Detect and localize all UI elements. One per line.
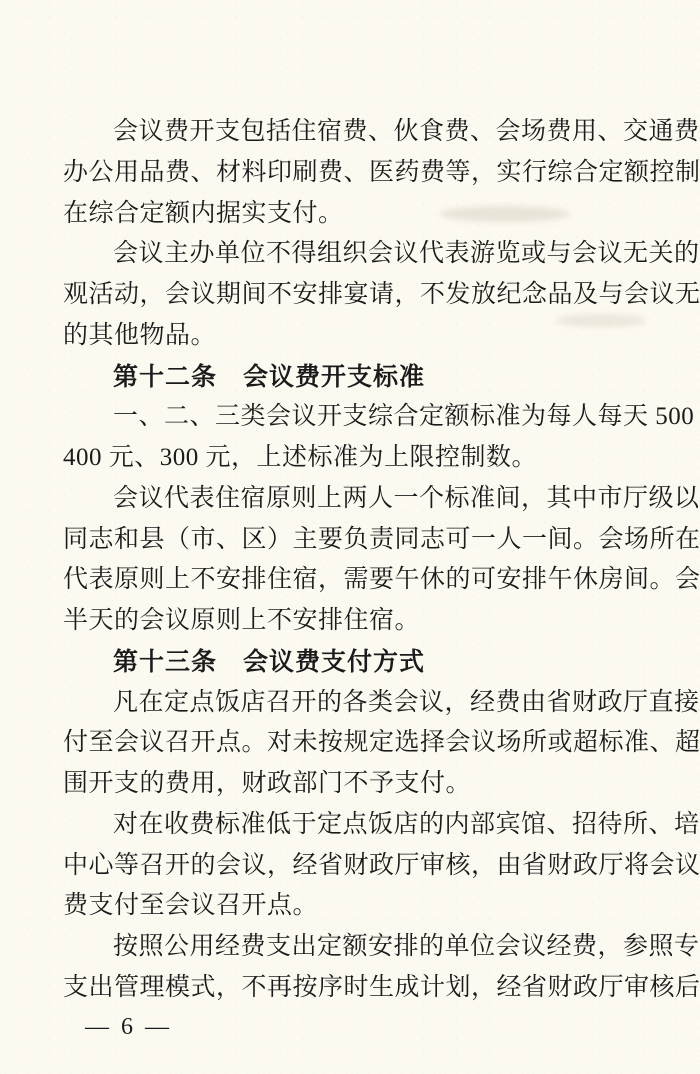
text-line: 办公用品费、材料印刷费、医药费等，实行综合定额控制， bbox=[63, 153, 681, 194]
text-line: 按照公用经费支出定额安排的单位会议经费，参照专项 bbox=[63, 927, 681, 968]
text-line: 代表原则上不安排住宿，需要午休的可安排午休房间。会期 bbox=[63, 560, 681, 601]
text-line: 付至会议召开点。对未按规定选择会议场所或超标准、超范 bbox=[63, 723, 681, 764]
text-line: 在综合定额内据实支付。 bbox=[63, 194, 681, 235]
text-line: 半天的会议原则上不安排住宿。 bbox=[63, 601, 681, 642]
text-line: 会议费开支包括住宿费、伙食费、会场费用、交通费、 bbox=[63, 112, 681, 153]
section-heading-line: 第十二条 会议费开支标准 bbox=[63, 357, 681, 398]
text-line: 观活动，会议期间不安排宴请，不发放纪念品及与会议无关 bbox=[63, 275, 681, 316]
text-line: 费支付至会议召开点。 bbox=[63, 886, 681, 927]
page-number: — 6 — bbox=[85, 1007, 172, 1047]
text-line: 同志和县（市、区）主要负责同志可一人一间。会场所在地 bbox=[63, 520, 681, 561]
text-line: 会议主办单位不得组织会议代表游览或与会议无关的参 bbox=[63, 234, 681, 275]
section-heading-line: 第十三条 会议费支付方式 bbox=[63, 642, 681, 683]
text-line: 400 元、300 元，上述标准为上限控制数。 bbox=[63, 438, 681, 479]
text-line: 一、二、三类会议开支综合定额标准为每人每天 500 元、 bbox=[63, 397, 681, 438]
text-line: 支出管理模式，不再按序时生成计划，经省财政厅审核后拨 bbox=[63, 968, 681, 1009]
text-line: 会议代表住宿原则上两人一个标准间，其中市厅级以上 bbox=[63, 479, 681, 520]
text-line: 中心等召开的会议，经省财政厅审核，由省财政厅将会议经 bbox=[63, 846, 681, 887]
text-line: 对在收费标准低于定点饭店的内部宾馆、招待所、培训 bbox=[63, 805, 681, 846]
text-line: 的其他物品。 bbox=[63, 316, 681, 357]
document-page: 会议费开支包括住宿费、伙食费、会场费用、交通费、办公用品费、材料印刷费、医药费等… bbox=[0, 0, 700, 1074]
text-line: 围开支的费用，财政部门不予支付。 bbox=[63, 764, 681, 805]
document-body: 会议费开支包括住宿费、伙食费、会场费用、交通费、办公用品费、材料印刷费、医药费等… bbox=[63, 112, 681, 1009]
text-line: 凡在定点饭店召开的各类会议，经费由省财政厅直接支 bbox=[63, 683, 681, 724]
